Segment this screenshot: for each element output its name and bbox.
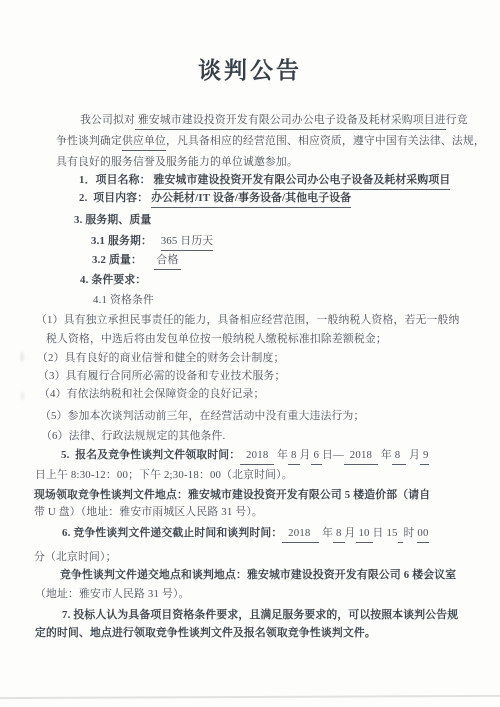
text-line-i2: 2. 项目内容： 办公耗材/IT 设备/事务设备/其他电子设备 [79,191,351,208]
text-line-c2: （2）具有良好的商业信誉和健全的财务会计制度； [37,351,285,366]
text-line-p1l1: 我公司拟对 雅安城市建设投资开发有限公司办公电子设备及耗材采购项目进行竞 [80,113,468,130]
text-line-c5: （5）参加本次谈判活动前三年，在经营活动中没有重大违法行为； [40,409,365,424]
text-line-s4: 4. 条件要求： [80,273,146,288]
text-line-c1b: 税人资格，中选后将由发包单位按一般纳税人缴税标准扣除差额税金； [46,332,387,347]
text-line-s6d: （地址：雅安市人民路 31 号）。 [35,587,190,602]
text-line-s7b: 定的时间、地点进行领取竞争性谈判文件及报名领取竞争性谈判文件。 [35,626,376,641]
text-line-s5b: 日上午 8:30-12：00；下午 2;30-18：00（北京时间）。 [35,468,293,483]
text-line-s5d: 带 U 盘）（地址：雅安市雨城区人民路 31 号）。 [34,505,263,520]
text-line-s41: 4.1 资格条件 [93,293,154,308]
text-line-p1l3: 具有良好的服务信誉及服务能力的单位诚邀参加。 [56,155,298,170]
text-line-s5c: 现场领取竞争性谈判文件地点：雅安城市建设投资开发有限公司 5 楼造价部（请自 [34,488,430,503]
text-line-c4: （4）有依法纳税和社会保障资金的良好记录； [39,387,265,402]
text-line-s32: 3.2 质量： 合格 [92,253,181,270]
text-line-c6: （6）法律、行政法规规定的其他条件. [41,429,225,444]
scan-smudge [21,392,24,400]
text-line-s7: 7. 投标人认为具备项目资格条件要求，且满足服务要求的，可以按照本谈判公告规 [62,608,458,623]
text-line-c3: （3）具有履行合同所必需的设备和专业技术服务； [38,369,286,384]
scan-smudge [20,352,24,362]
text-line-i1: 1．项目名称： 雅安城市建设投资开发有限公司办公电子设备及耗材采购项目 [79,173,450,190]
text-line-s5: 5. 报名及竞争性谈判文件领取时间： 2018 年 8 月 6 日— 2018 … [61,448,429,465]
text-line-s6b: 分（北京时间）； [34,550,117,565]
text-line-s6: 6. 竞争性谈判文件递交截止时间和谈判时间： 2018 年 8 月 10 日 1… [62,526,429,543]
text-line-s6c: 竞争性谈判文件递交地点和谈判地点：雅安城市建设投资开发有限公司 6 楼会议室 [60,568,456,583]
text-line-c1: （1）具有独立承担民事责任的能力，具备相应经营范围，一般纳税人资格，若无一般纳 [36,313,459,328]
text-line-i3: 3. 服务期、质量 [74,213,151,228]
document-page: 谈判公告 我公司拟对 雅安城市建设投资开发有限公司办公电子设备及耗材采购项目进行… [0,0,500,707]
document-body: 我公司拟对 雅安城市建设投资开发有限公司办公电子设备及耗材采购项目进行竞争性谈判… [0,0,500,707]
text-line-p1l2: 争性谈判确定供应单位，凡具备相应的经营范围、相应资质，遵守中国有关法律、法规， [56,134,485,151]
text-line-s31: 3.1 服务期： 365 日历天 [91,234,213,251]
